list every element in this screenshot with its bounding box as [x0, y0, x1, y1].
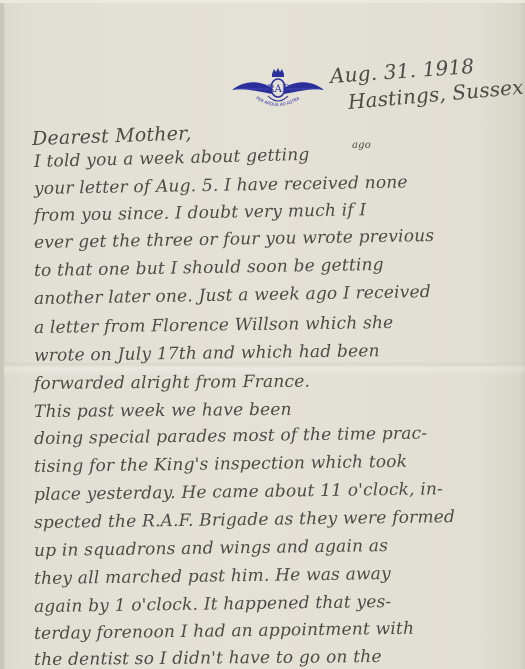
- letter-line: to that one but I should soon be getting: [34, 255, 384, 281]
- letter-line: up in squadrons and wings and again as: [34, 536, 388, 561]
- letter-line: another later one. Just a week ago I rec…: [34, 282, 431, 309]
- letter-line: This past week we have been: [34, 400, 292, 422]
- paper-top-edge: [0, 0, 525, 3]
- letter-line: the dentist so I didn't have to go on th…: [34, 647, 382, 669]
- letter-line: doing special parades most of the time p…: [34, 424, 428, 449]
- raf-wings-crown-crest-icon: RAF PER ARDUA AD ASTRA: [230, 66, 326, 112]
- letter-line: a letter from Florence Willson which she: [34, 313, 394, 338]
- greeting: Dearest Mother,: [32, 122, 192, 150]
- letter-line: wrote on July 17th and which had been: [34, 341, 380, 366]
- letter-line: place yesterday. He came about 11 o'cloc…: [34, 479, 443, 505]
- letter-page: RAF PER ARDUA AD ASTRA Aug. 31. 1918 Has…: [0, 0, 525, 669]
- letter-line: forwarded alright from France.: [34, 372, 310, 394]
- insertion-mark: ago: [352, 140, 371, 151]
- letter-line: again by 1 o'clock. It happened that yes…: [34, 592, 392, 617]
- letter-line: spected the R.A.F. Brigade as they were …: [34, 507, 455, 533]
- letter-line: I told you a week about getting: [34, 145, 310, 172]
- letter-line: ever get the three or four you wrote pre…: [34, 226, 435, 253]
- letter-line: tising for the King's inspection which t…: [34, 452, 407, 477]
- letter-line: your letter of Aug. 5. I have received n…: [34, 172, 408, 199]
- letter-line: they all marched past him. He was away: [34, 564, 391, 589]
- letter-line: terday forenoon I had an appointment wit…: [34, 619, 414, 644]
- svg-text:RAF: RAF: [267, 84, 289, 95]
- paper-edge: [0, 0, 4, 669]
- letter-line: from you since. I doubt very much if I: [34, 200, 367, 226]
